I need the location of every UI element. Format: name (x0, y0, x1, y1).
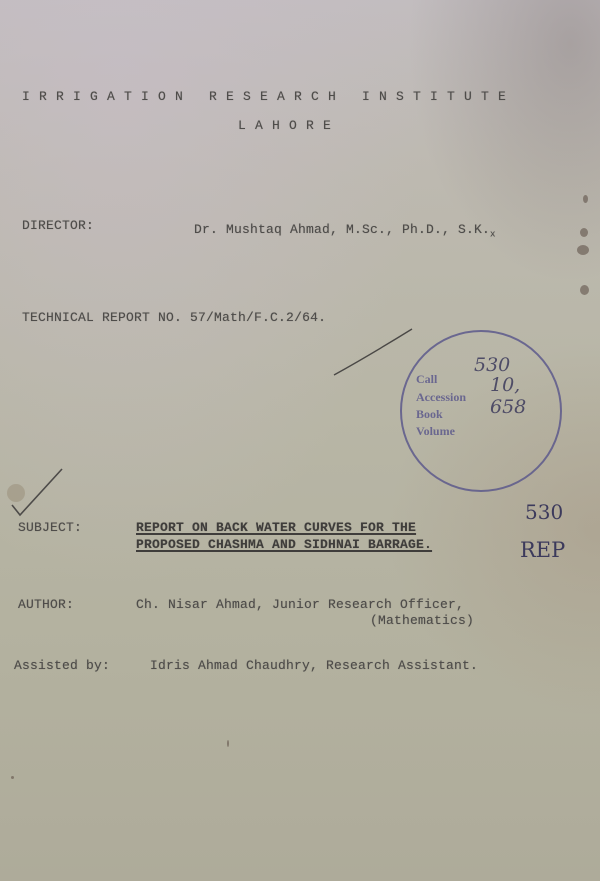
checkmark-icon (4, 465, 64, 517)
paper-stain (577, 245, 589, 255)
author-line-2: (Mathematics) (370, 613, 474, 628)
stamp-accession-value: 10, 658 (490, 374, 560, 418)
stamp-call-label: Call (416, 372, 437, 387)
paper-stain (583, 195, 588, 203)
report-number-line: TECHNICAL REPORT NO. 57/Math/F.C.2/64. (22, 310, 326, 325)
author-label: AUTHOR: (18, 597, 74, 612)
paper-stain (580, 228, 588, 237)
subject-label: SUBJECT: (18, 520, 82, 535)
institute-heading: IRRIGATION RESEARCH INSTITUTE (22, 89, 515, 104)
director-value: Dr. Mushtaq Ahmad, M.Sc., Ph.D., S.K.x (194, 222, 496, 240)
margin-note-code: REP (520, 538, 565, 562)
stamp-accession-label: Accession (416, 390, 466, 405)
paper-stain (11, 776, 14, 779)
stamp-book-label: Book (416, 407, 443, 422)
author-line-1: Ch. Nisar Ahmad, Junior Research Officer… (136, 597, 464, 612)
document-page: IRRIGATION RESEARCH INSTITUTE LAHORE DIR… (0, 0, 600, 881)
report-number: 57/Math/F.C.2/64. (190, 310, 326, 325)
director-label: DIRECTOR: (22, 218, 94, 233)
stamp-call-value: 530 (474, 354, 510, 376)
report-label: TECHNICAL REPORT NO. (22, 310, 182, 325)
city-heading: LAHORE (238, 118, 340, 133)
director-name: Dr. Mushtaq Ahmad, M.Sc., Ph.D., S.K. (194, 222, 490, 237)
paper-stain (227, 740, 229, 747)
margin-note-number: 530 (525, 500, 563, 524)
library-stamp: Call Accession Book Volume 530 10, 658 (400, 330, 562, 492)
pencil-stroke-mark (330, 325, 415, 380)
subject-line-1: REPORT ON BACK WATER CURVES FOR THE (136, 520, 416, 535)
paper-stain (580, 285, 589, 295)
director-suffix-mark: x (490, 230, 496, 240)
subject-line-2: PROPOSED CHASHMA AND SIDHNAI BARRAGE. (136, 537, 432, 552)
assisted-value: Idris Ahmad Chaudhry, Research Assistant… (150, 658, 478, 673)
stamp-volume-label: Volume (416, 424, 455, 439)
assisted-label: Assisted by: (14, 658, 110, 673)
